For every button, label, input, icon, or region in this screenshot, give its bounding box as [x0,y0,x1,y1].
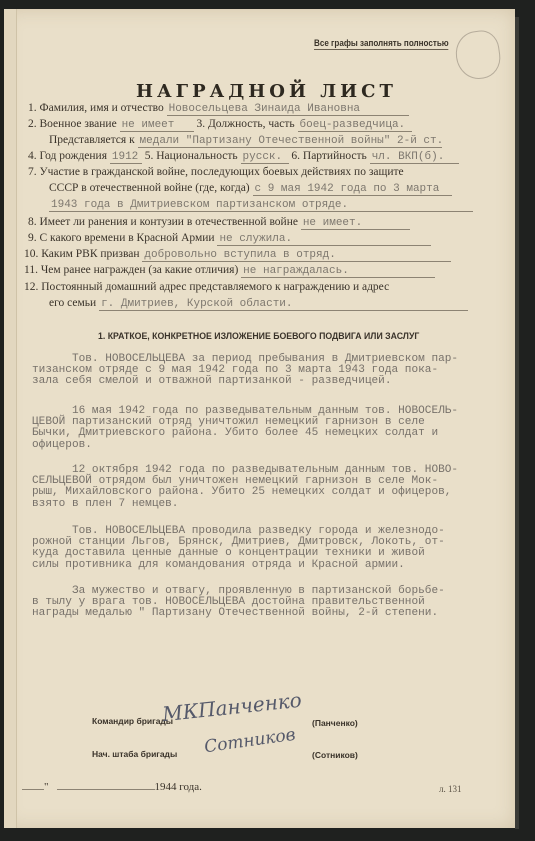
narrative-paragraph-4: Тов. НОВОСЕЛЬЦЕВА проводила разведку гор… [32,526,507,571]
field-value-birth-year: 1912 [110,151,142,164]
field-label: Должность, часть [208,118,295,130]
field-num: 1. [28,102,37,114]
field-num: 6. [291,150,300,162]
field-12: 12. Постоянный домашний адрес представля… [24,281,389,293]
field-value-rank: не имеет [120,119,194,132]
field-label: Национальность [156,150,237,162]
field-12-line2: его семьи г. Дмитриев, Курской области. [49,297,468,311]
field-label: Постоянный домашний адрес представляемог… [41,281,389,293]
field-num: 9. [28,232,37,244]
field-value-army-service: не служила. [217,233,431,246]
field-value-position: боец-разведчица. [298,119,412,132]
field-2-3: 2. Военное звание не имеет 3. Должность,… [28,118,412,132]
chief-of-staff-signature: Сотников [203,725,297,758]
page-reference: л. 131 [439,784,462,794]
award-sheet-page: Все графы заполнять полностью НАГРАДНОЙ … [4,9,515,828]
field-num: 10. [24,248,38,260]
field-label: Фамилия, имя и отчество [40,102,164,114]
binding-edge [4,9,17,828]
field-num: 7. [28,166,37,178]
field-label: Партийность [303,150,367,162]
commander-signature: МКПанченко [161,688,303,726]
narrative-paragraph-1: Тов. НОВОСЕЛЬЦЕВА за период пребывания в… [32,354,507,388]
field-num: 5. [145,150,154,162]
narrative-paragraph-3: 12 октября 1942 года по разведывательным… [32,465,507,510]
field-4-5-6: 4. Год рождения 1912 5. Национальность р… [28,150,459,164]
field-num: 4. [28,150,37,162]
field-value-wounds: не имеет. [301,217,410,230]
field-value-party: чл. ВКП(б). [370,151,459,164]
field-1: 1. Фамилия, имя и отчество Новосельцева … [28,102,409,116]
date-year: 1944 года. [155,781,202,793]
field-value-name: Новосельцева Зинаида Ивановна [167,103,409,116]
field-num: 11. [24,264,38,276]
field-label: Представляется к [49,134,135,146]
commander-name: (Панченко) [312,718,358,728]
field-value-rvk: добровольно вступила в отряд. [142,249,451,262]
chief-of-staff-name: (Сотников) [312,750,358,760]
field-num: 12. [24,281,38,293]
commander-label: Командир бригады [92,716,173,726]
header-note: Все графы заполнять полностью [314,38,449,50]
field-9: 9. С какого времени в Красной Армии не с… [28,232,431,246]
field-label: его семьи [49,297,96,309]
field-num: 2. [28,118,37,130]
field-7: 7. Участие в гражданской войне, последую… [28,166,404,178]
field-num: 8. [28,216,37,228]
pencil-mark [453,28,503,82]
field-num: 3. [196,118,205,130]
field-11: 11. Чем ранее награжден (за какие отличи… [24,264,435,278]
field-label: С какого времени в Красной Армии [40,232,215,244]
section-title: 1. КРАТКОЕ, КОНКРЕТНОЕ ИЗЛОЖЕНИЕ БОЕВОГО… [98,331,419,342]
field-label: Год рождения [40,150,108,162]
date-line: "1944 года. [22,781,202,793]
narrative-paragraph-5: За мужество и отвагу, проявленную в парт… [32,586,507,620]
field-8: 8. Имеет ли ранения и контузии в отечест… [28,216,410,230]
field-10: 10. Каким РВК призван добровольно вступи… [24,248,451,262]
field-7-line3: 1943 года в Дмитриевском партизанском от… [49,198,473,212]
field-value-previous-awards: не награждалась. [241,265,435,278]
field-value-address: г. Дмитриев, Курской области. [99,298,468,311]
field-label: Участие в гражданской войне, последующих… [40,166,404,178]
field-value-award: медали "Партизану Отечественной войны" 2… [138,135,442,148]
page-shadow [515,17,519,829]
chief-of-staff-label: Нач. штаба бригады [92,749,177,759]
narrative-paragraph-2: 16 мая 1942 года по разведывательным дан… [32,406,507,451]
field-value-nationality: русск. [241,151,289,164]
field-label: Чем ранее награжден (за какие отличия) [41,264,238,276]
field-award: Представляется к медали "Партизану Отече… [49,134,442,148]
field-label: Военное звание [40,118,117,130]
field-value-war-participation-cont: 1943 года в Дмитриевском партизанском от… [49,199,473,212]
document-title: НАГРАДНОЙ ЛИСТ [136,81,397,102]
field-value-war-participation: с 9 мая 1942 года по 3 марта [253,183,452,196]
field-label: Имеет ли ранения и контузии в отечествен… [40,216,298,228]
field-label: Каким РВК призван [41,248,139,260]
field-label: СССР в отечественной войне (где, когда) [49,182,250,194]
field-7-line2: СССР в отечественной войне (где, когда) … [49,182,452,196]
date-quote: " [44,781,49,793]
